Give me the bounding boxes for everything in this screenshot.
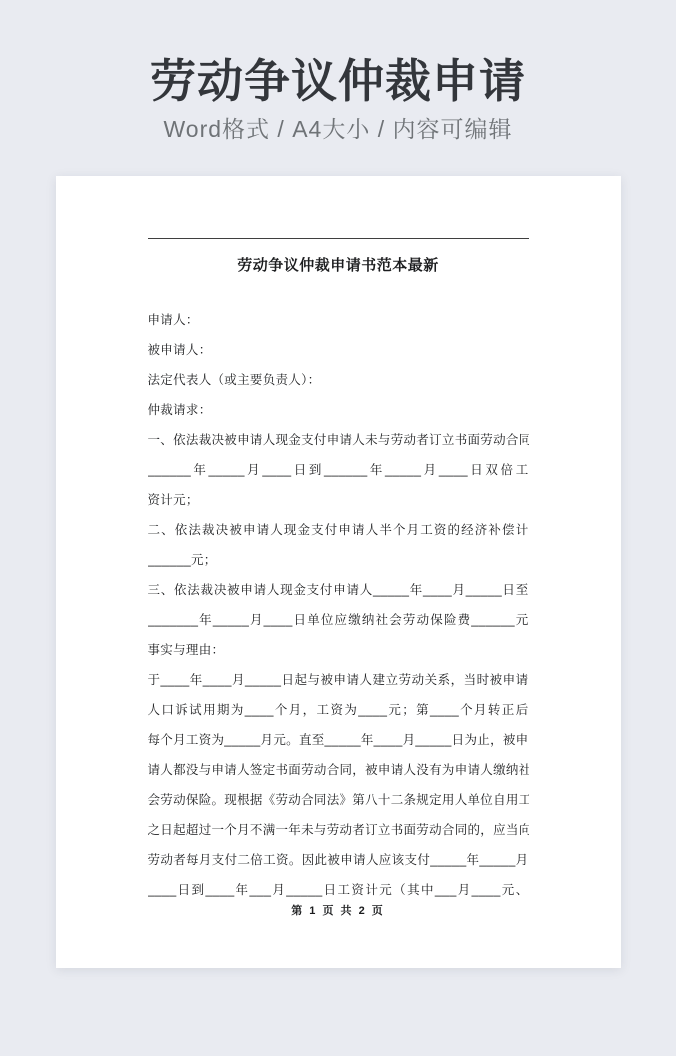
document-line: _______年_____月____日单位应缴纳社会劳动保险费______元: [148, 605, 529, 635]
document-line: ____日到____年___月_____日工资计元（其中___月____元、: [148, 875, 529, 905]
page-title: 劳动争议仲裁申请: [0, 56, 676, 106]
document-line: 申请人：: [148, 305, 529, 335]
document-line: 请人都没与申请人签定书面劳动合同，被申请人没有为申请人缴纳社: [148, 755, 529, 785]
document-line: 于____年____月_____日起与被申请人建立劳动关系，当时被申请: [148, 665, 529, 695]
document-body: 申请人：被申请人：法定代表人（或主要负责人）：仲裁请求：一、依法裁决被申请人现金…: [148, 305, 529, 905]
document-line: 资计元；: [148, 485, 529, 515]
document-line: 一、依法裁决被申请人现金支付申请人未与劳动者订立书面劳动合同: [148, 425, 529, 455]
document-line: 仲裁请求：: [148, 395, 529, 425]
page-number: 第 1 页 共 2 页: [56, 902, 621, 918]
header: 劳动争议仲裁申请 Word格式 / A4大小 / 内容可编辑: [0, 0, 676, 143]
document-line: 劳动者每月支付二倍工资。因此被申请人应该支付_____年_____月: [148, 845, 529, 875]
document-line: ______年_____月____日到______年_____月____日双倍工: [148, 455, 529, 485]
document-line: 被申请人：: [148, 335, 529, 365]
document-line: 二、依法裁决被申请人现金支付申请人半个月工资的经济补偿计: [148, 515, 529, 545]
document-line: ______元；: [148, 545, 529, 575]
document-line: 每个月工资为_____月元。直至_____年____月_____日为止，被申: [148, 725, 529, 755]
document-line: 三、依法裁决被申请人现金支付申请人_____年____月_____日至: [148, 575, 529, 605]
document-line: 之日起超过一个月不满一年未与劳动者订立书面劳动合同的，应当向: [148, 815, 529, 845]
document-line: 法定代表人（或主要负责人）：: [148, 365, 529, 395]
document-line: 事实与理由：: [148, 635, 529, 665]
document-page: 劳动争议仲裁申请书范本最新 申请人：被申请人：法定代表人（或主要负责人）：仲裁请…: [56, 176, 621, 968]
page-subtitle: Word格式 / A4大小 / 内容可编辑: [0, 115, 676, 143]
document-line: 人口诉试用期为____个月，工资为____元；第____个月转正后: [148, 695, 529, 725]
document-line: 会劳动保险。现根据《劳动合同法》第八十二条规定用人单位自用工: [148, 785, 529, 815]
document-title: 劳动争议仲裁申请书范本最新: [148, 253, 529, 279]
document-top-rule: [148, 238, 529, 239]
